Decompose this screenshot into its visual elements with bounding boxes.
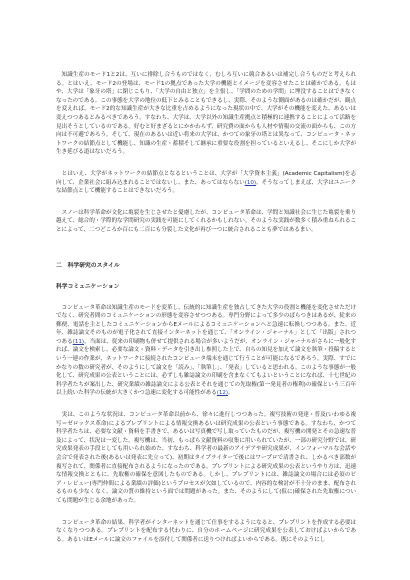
- paragraph-science-communication: コンピュータ革命は知識生産のモードを変革し、伝統的に知識生産を独占してきた大学の…: [56, 304, 356, 399]
- paragraph-internet-work: コンピュータ革命の結果、科学者がインターネットを通じて仕事をするようになると、プ…: [56, 519, 356, 545]
- subsection-heading: 科学コミュニケーション: [56, 283, 356, 291]
- footnote-link-10[interactable]: (10): [245, 180, 256, 186]
- paragraph-mode-1-2: 知識生産のモード1と2は、互いに排除し合うものではなく、むしろ互いに競合あるいは…: [56, 71, 356, 157]
- document-body: 知識生産のモード1と2は、互いに排除し合うものではなく、むしろ互いに競合あるいは…: [56, 71, 356, 544]
- paragraph-snow: スノーは科学革命が文化に亀裂を生じさせたと憂慮したが、コンピュータ革命は、学問と…: [56, 209, 356, 235]
- paragraph-text: 。当面は、従来の印刷物も併せて提供される場合が多いようだが、オンライン・ジャーナ…: [56, 339, 356, 397]
- paragraph-preprint: 実は、このような状況は、コンピュータ革命以前から、徐々に進行しつつあった。複写技…: [56, 411, 356, 506]
- footnote-link-11[interactable]: (11): [73, 339, 84, 345]
- paragraph-academic-capitalism: とはいえ、大学がネットワークの結節点となるということは、大学が「大学資本主義」(…: [56, 170, 356, 196]
- section-heading: 二 科学研究のスタイル: [56, 262, 356, 270]
- footnote-link-12[interactable]: (12): [217, 390, 228, 396]
- paragraph-text: 。: [228, 390, 234, 396]
